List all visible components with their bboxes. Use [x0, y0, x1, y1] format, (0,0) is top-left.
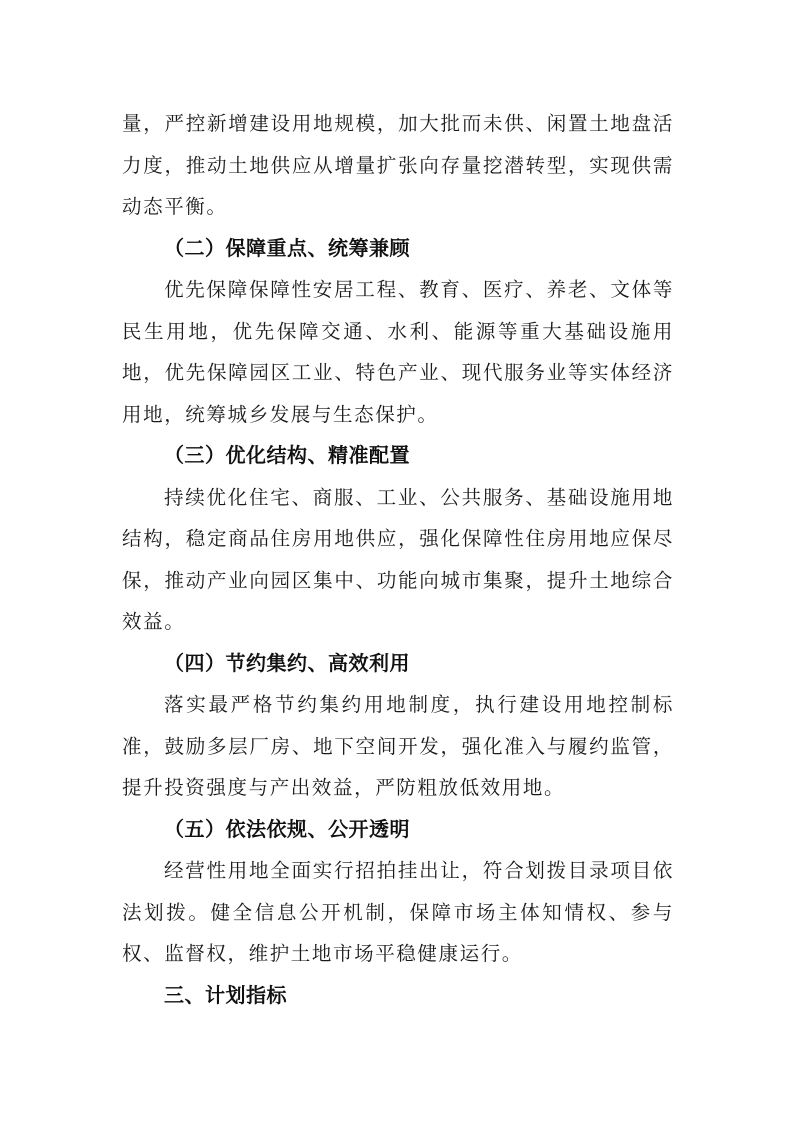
section-heading-plan-indicators: 三、计划指标: [122, 975, 674, 1017]
paragraph-structure: 持续优化住宅、商服、工业、公共服务、基础设施用地结构，稳定商品住房用地供应，强化…: [122, 477, 674, 643]
heading-5-law-transparency: （五）依法依规、公开透明: [122, 809, 674, 851]
paragraph-priorities: 优先保障保障性安居工程、教育、医疗、养老、文体等民生用地，优先保障交通、水利、能…: [122, 269, 674, 435]
heading-3-optimize-structure: （三）优化结构、精准配置: [122, 435, 674, 477]
document-body: 量，严控新增建设用地规模，加大批而未供、闲置土地盘活力度，推动土地供应从增量扩张…: [122, 103, 674, 1016]
paragraph-law-transparency: 经营性用地全面实行招拍挂出让，符合划拨目录项目依法划拨。健全信息公开机制，保障市…: [122, 850, 674, 975]
paragraph-intensive-use: 落实最严格节约集约用地制度，执行建设用地控制标准，鼓励多层厂房、地下空间开发，强…: [122, 684, 674, 809]
paragraph-continuation: 量，严控新增建设用地规模，加大批而未供、闲置土地盘活力度，推动土地供应从增量扩张…: [122, 103, 674, 228]
document-page: 量，严控新增建设用地规模，加大批而未供、闲置土地盘活力度，推动土地供应从增量扩张…: [0, 0, 793, 1122]
heading-4-intensive-use: （四）节约集约、高效利用: [122, 643, 674, 685]
heading-2-ensure-priorities: （二）保障重点、统筹兼顾: [122, 228, 674, 270]
